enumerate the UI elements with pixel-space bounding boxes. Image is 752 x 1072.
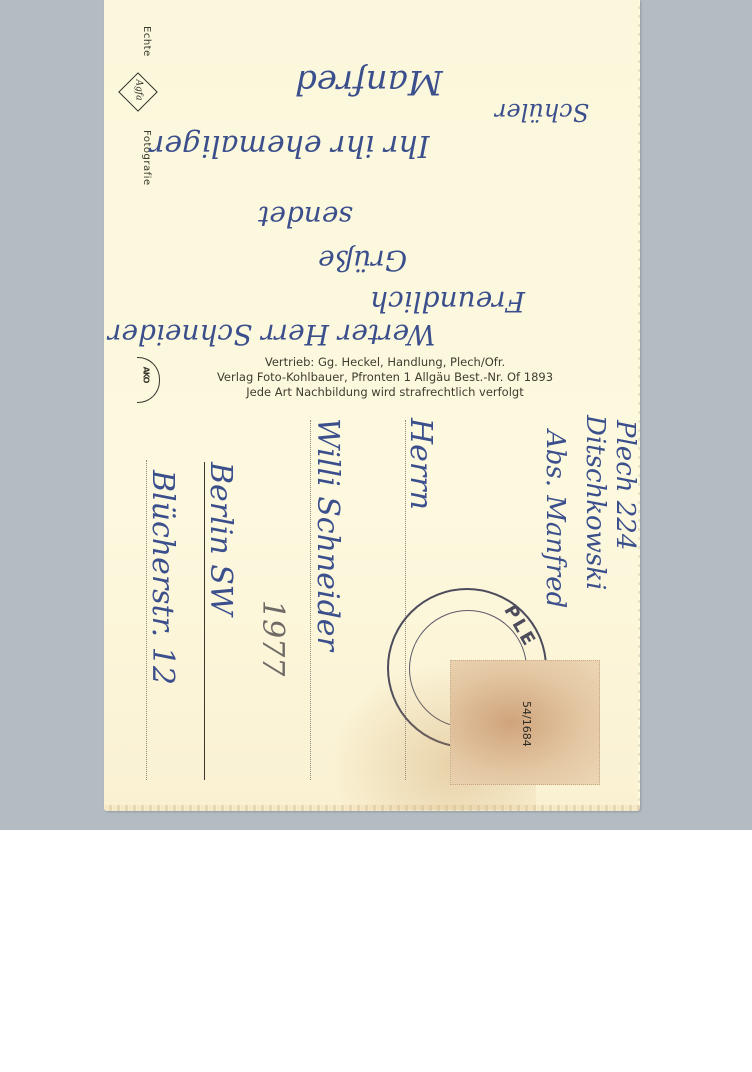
sender-line: Plech 224 — [610, 420, 640, 550]
message-line: sendet — [258, 200, 353, 233]
message-line: Freundlich — [370, 285, 525, 318]
address-line: Herrn — [403, 418, 438, 510]
message-line: Ihr ihr ehemaliger — [150, 128, 430, 163]
pencil-note: 1977 — [255, 600, 290, 676]
sender-line: Ditschkowski — [580, 415, 610, 590]
message-line: Schüler — [495, 98, 589, 126]
publisher-line: Vertrieb: Gg. Heckel, Handlung, Plech/Of… — [170, 355, 600, 370]
publisher-line: Verlag Foto-Kohlbauer, Pfronten 1 Allgäu… — [170, 370, 600, 385]
message-line: Werter Herr Schneider — [108, 318, 436, 351]
message-line: Manfred — [295, 62, 443, 102]
deckle-edge-right — [638, 0, 640, 811]
address-line: Berlin SW — [203, 462, 238, 616]
message-line: Grüße — [318, 244, 407, 277]
stamp-number: 54/1684 — [520, 701, 533, 747]
publisher-imprint: Vertrieb: Gg. Heckel, Handlung, Plech/Of… — [170, 355, 600, 400]
address-line: Willi Schneider — [310, 418, 345, 651]
address-line: Blücherstr. 12 — [145, 470, 180, 685]
publisher-line: Jede Art Nachbildung wird strafrechtlich… — [170, 385, 600, 400]
sender-line: Abs. Manfred — [540, 430, 570, 608]
brand-top-text: Echte — [141, 26, 152, 57]
agfa-logo-text: Agfa — [133, 80, 143, 101]
postage-stamp-remnant: 54/1684 — [450, 660, 600, 785]
